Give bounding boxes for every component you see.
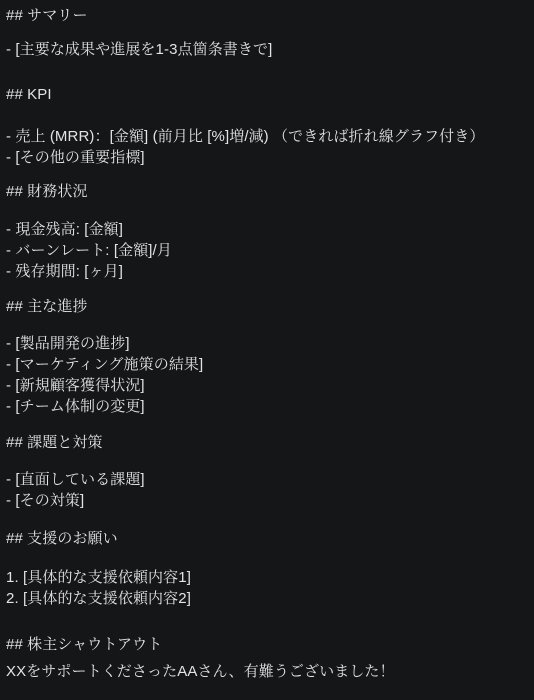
bullet-marketing-result: - [マーケティング施策の結果] bbox=[6, 355, 534, 375]
heading-issues: ## 課題と対策 bbox=[6, 433, 534, 453]
bullet-team-changes: - [チーム体制の変更] bbox=[6, 397, 534, 417]
heading-summary: ## サマリー bbox=[6, 6, 534, 26]
bullet-countermeasures: - [その対策] bbox=[6, 491, 534, 511]
markdown-template-text: ## サマリー - [主要な成果や進展を1-3点箇条書きで] ## KPI - … bbox=[0, 0, 534, 700]
bullet-kpi-other: - [その他の重要指標] bbox=[6, 148, 534, 168]
bullet-kpi-mrr: - 売上 (MRR)：[金額] (前月比 [%]増/減) （できれば折れ線グラフ… bbox=[6, 127, 534, 147]
bullet-burn-rate: - バーンレート: [金額]/月 bbox=[6, 241, 534, 261]
heading-finance: ## 財務状況 bbox=[6, 182, 534, 202]
bullet-product-progress: - [製品開発の進捗] bbox=[6, 334, 534, 354]
heading-progress: ## 主な進捗 bbox=[6, 297, 534, 317]
bullet-cash-balance: - 現金残高: [金額] bbox=[6, 220, 534, 240]
bullet-summary-item: - [主要な成果や進展を1-3点箇条書きで] bbox=[6, 40, 534, 60]
heading-support-request: ## 支援のお願い bbox=[6, 529, 534, 549]
bullet-new-customers: - [新規顧客獲得状況] bbox=[6, 376, 534, 396]
heading-shareholder-shoutout: ## 株主シャウトアウト bbox=[6, 635, 534, 655]
numbered-support-item-1: 1. [具体的な支援依頼内容1] bbox=[6, 568, 534, 588]
bullet-current-issues: - [直面している課題] bbox=[6, 470, 534, 490]
shoutout-text: XXをサポートくださったAAさん、有難うございました！ bbox=[6, 662, 534, 682]
numbered-support-item-2: 2. [具体的な支援依頼内容2] bbox=[6, 589, 534, 609]
heading-kpi: ## KPI bbox=[6, 85, 534, 105]
bullet-runway: - 残存期間: [ヶ月] bbox=[6, 262, 534, 282]
